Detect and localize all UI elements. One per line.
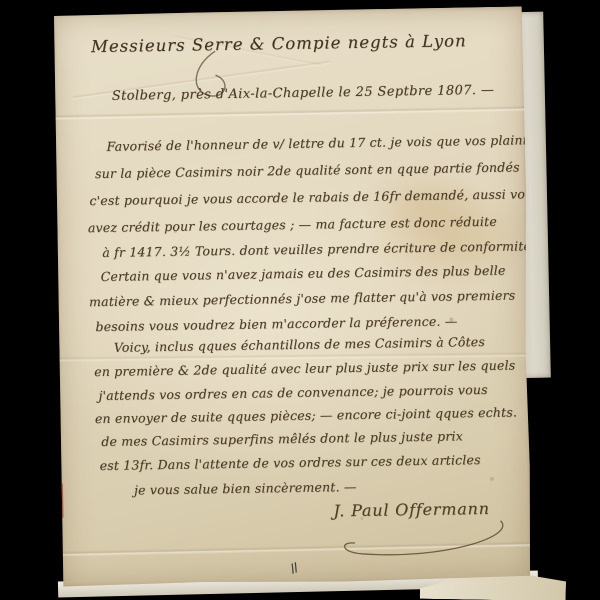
letter-line: en envoyer de suite qques pièces; — enco…	[95, 404, 517, 426]
letter-line: besoins vous voudrez bien m'accorder la …	[95, 313, 457, 334]
letter-line: matière & mieux perfectionnés j'ose me f…	[89, 288, 516, 310]
fold-mark: //	[288, 560, 300, 576]
letter-line: Certain que vous n'avez jamais eu des Ca…	[101, 263, 506, 284]
letter-line: j'attends vos ordres en cas de convenanc…	[98, 382, 487, 403]
letter-sheet: Messieurs Serre & Compie negts à Lyon St…	[53, 6, 533, 587]
letter-line: je vous salue bien sincèrement. —	[134, 479, 357, 497]
fold-crease	[61, 541, 532, 557]
letter-line: avez crédit pour les courtages ; — ma fa…	[88, 214, 497, 235]
signature: J. Paul Offermann	[333, 499, 490, 520]
paper-speckle	[490, 477, 494, 481]
letter-line: Favorisé de l'honneur de v/ lettre du 17…	[106, 132, 542, 154]
letter-line: à fr 1417. 3½ Tours. dont veuilles prend…	[102, 238, 548, 260]
red-seal-mark	[59, 484, 64, 518]
letter-line: de mes Casimirs superfins mêlés dont le …	[101, 428, 463, 449]
fold-crease	[54, 106, 525, 121]
letter-line: est 13fr. Dans l'attente de vos ordres s…	[100, 452, 481, 473]
photo-scene: Messieurs Serre & Compie negts à Lyon St…	[0, 0, 600, 600]
letter-line: c'est pourquoi je vous accorde le rabais…	[89, 186, 540, 208]
photo-background: { "letter": { "addressee": "Messieurs Se…	[0, 0, 600, 600]
addressee-line: Messieurs Serre & Compie negts à Lyon	[91, 31, 467, 56]
letter-line: sur la pièce Casimirs noir 2de qualité s…	[95, 159, 520, 181]
